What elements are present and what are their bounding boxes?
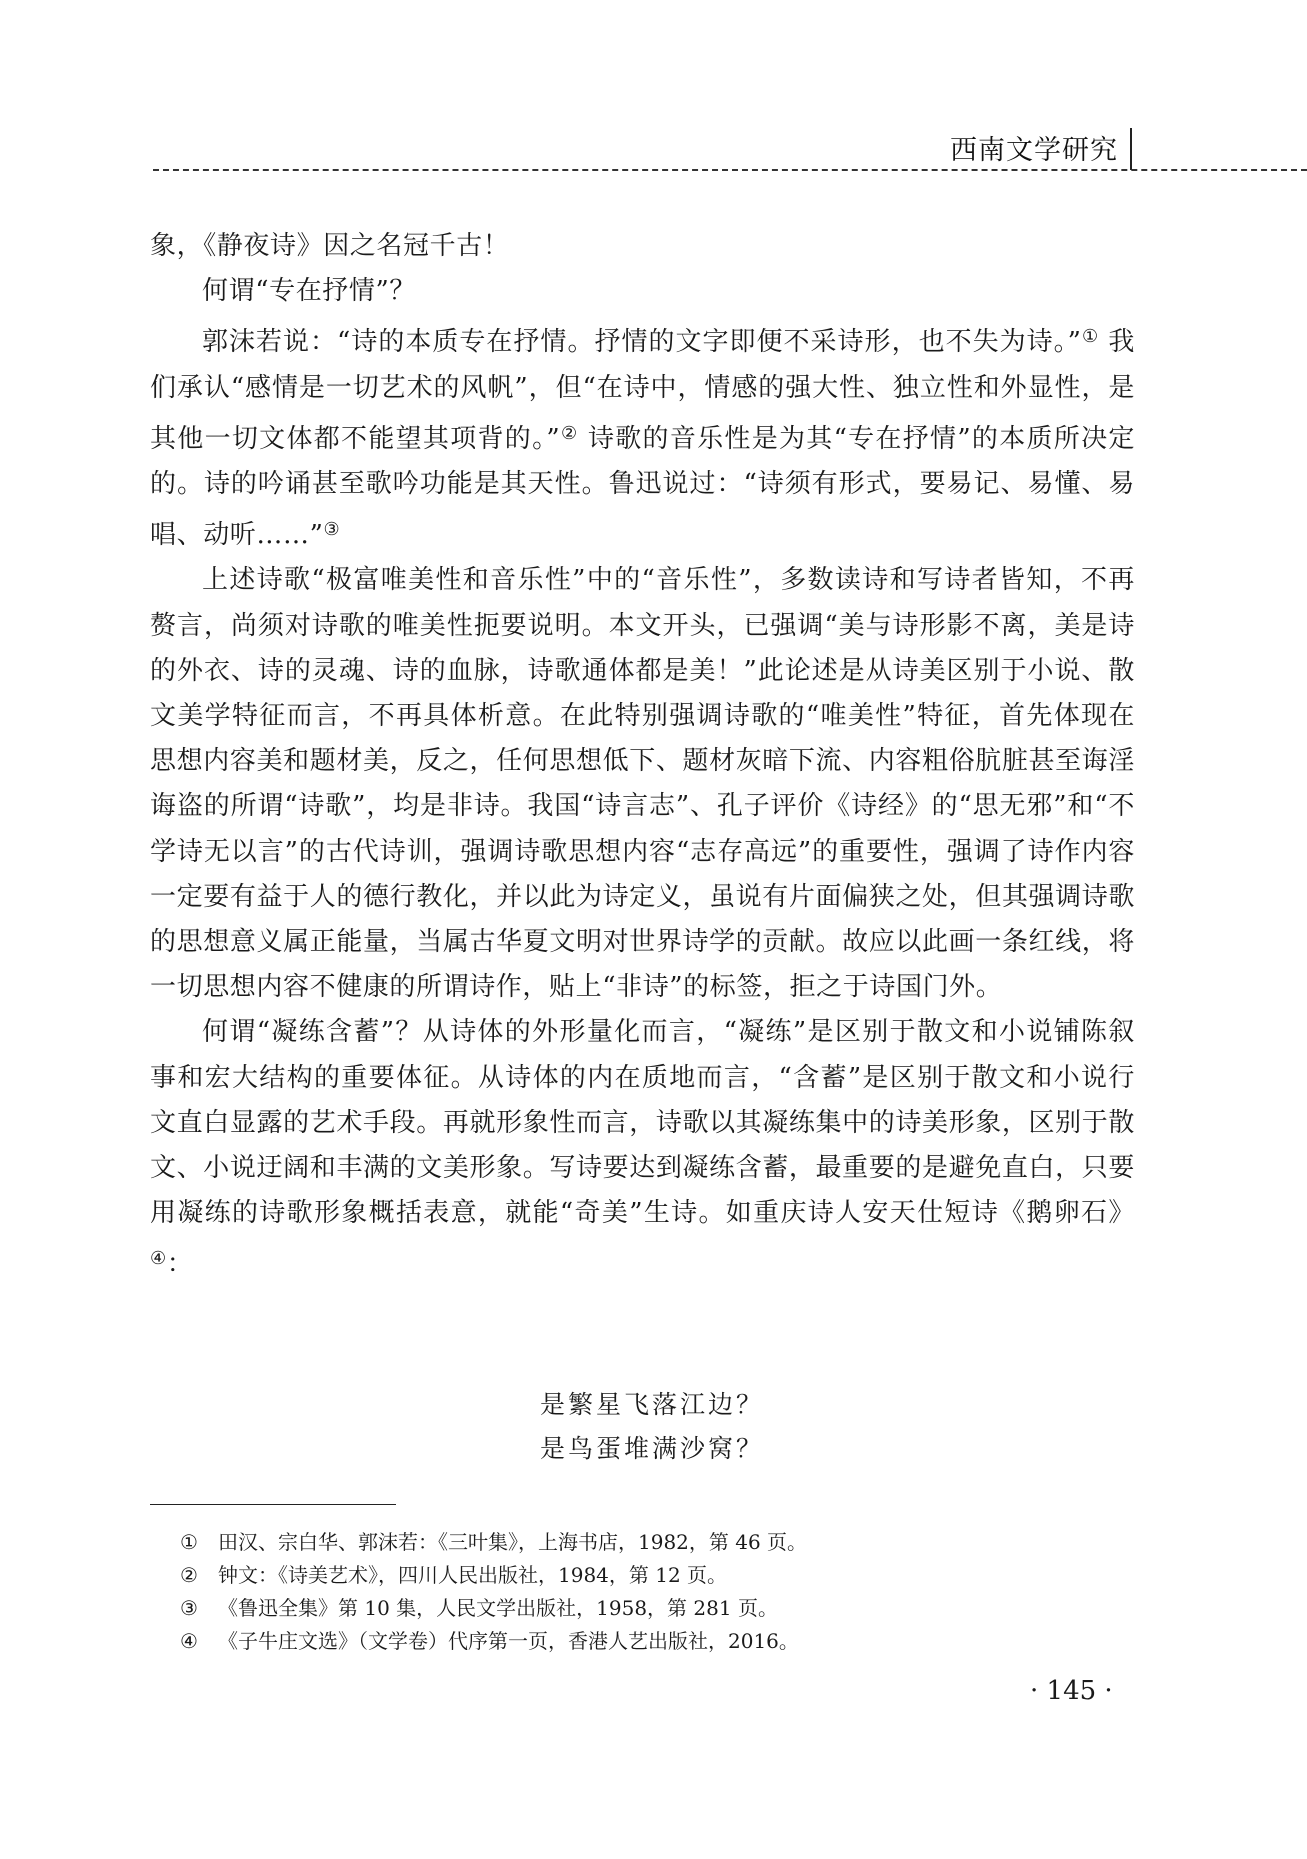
paragraph-text: 何谓“专在抒情”？ <box>202 276 416 306</box>
footnote-text: 《鲁迅全集》第 10 集，人民文学出版社，1958，第 281 页。 <box>218 1596 778 1620</box>
paragraph: 郭沫若说：“诗的本质专在抒情。抒情的文字即便不采诗形，也不失为诗。”① 我们承认… <box>150 314 1135 558</box>
header-dashed-rule <box>153 169 1307 171</box>
paragraph: 何谓“专在抒情”？ <box>150 269 1135 314</box>
paragraph-text: 何谓“凝练含蓄”？从诗体的外形量化而言，“凝练”是区别于散文和小说铺陈叙事和宏大… <box>150 1017 1135 1228</box>
poem-quote: 是繁星飞落江边？ 是鸟蛋堆满沙窝？ <box>540 1383 764 1471</box>
header-vertical-divider <box>1130 128 1132 170</box>
footnote: ③《鲁迅全集》第 10 集，人民文学出版社，1958，第 281 页。 <box>180 1592 1080 1625</box>
footnote: ②钟文：《诗美艺术》，四川人民出版社，1984，第 12 页。 <box>180 1559 1080 1592</box>
paragraph-text: 郭沫若说：“诗的本质专在抒情。抒情的文字即便不采诗形，也不失为诗。” <box>202 327 1082 357</box>
footnote: ④《子牛庄文选》（文学卷）代序第一页，香港人艺出版社，2016。 <box>180 1625 1080 1658</box>
footnote-mark: ④ <box>180 1625 218 1658</box>
footnote-reference[interactable]: ④ <box>150 1248 167 1269</box>
footnote-text: 《子牛庄文选》（文学卷）代序第一页，香港人艺出版社，2016。 <box>218 1629 799 1653</box>
footnote-mark: ① <box>180 1526 218 1559</box>
footnote-separator <box>150 1504 396 1505</box>
footnote-text: 钟文：《诗美艺术》，四川人民出版社，1984，第 12 页。 <box>218 1563 727 1587</box>
body-text: 象，《静夜诗》因之名冠千古！ 何谓“专在抒情”？ 郭沫若说：“诗的本质专在抒情。… <box>150 224 1135 1288</box>
footnote-reference[interactable]: ① <box>1082 326 1100 347</box>
paragraph-text: 象，《静夜诗》因之名冠千古！ <box>150 231 509 261</box>
page-number: · 145 · <box>1030 1676 1113 1706</box>
paragraph: 何谓“凝练含蓄”？从诗体的外形量化而言，“凝练”是区别于散文和小说铺陈叙事和宏大… <box>150 1010 1135 1287</box>
footnote-reference[interactable]: ② <box>560 423 578 444</box>
paragraph-text: 上述诗歌“极富唯美性和音乐性”中的“音乐性”，多数读诗和写诗者皆知，不再赘言，尚… <box>150 565 1135 1002</box>
footnote-text: 田汉、宗白华、郭沫若：《三叶集》，上海书店，1982，第 46 页。 <box>218 1530 807 1554</box>
footnote-mark: ③ <box>180 1592 218 1625</box>
paragraph: 上述诗歌“极富唯美性和音乐性”中的“音乐性”，多数读诗和写诗者皆知，不再赘言，尚… <box>150 558 1135 1010</box>
footnote-mark: ② <box>180 1559 218 1592</box>
footnote-reference[interactable]: ③ <box>324 519 341 540</box>
paragraph: 象，《静夜诗》因之名冠千古！ <box>150 224 1135 269</box>
running-header-journal-title: 西南文学研究 <box>950 128 1120 167</box>
footnotes: ①田汉、宗白华、郭沫若：《三叶集》，上海书店，1982，第 46 页。 ②钟文：… <box>180 1526 1080 1658</box>
footnote: ①田汉、宗白华、郭沫若：《三叶集》，上海书店，1982，第 46 页。 <box>180 1526 1080 1559</box>
poem-line: 是繁星飞落江边？ <box>540 1383 764 1427</box>
poem-line: 是鸟蛋堆满沙窝？ <box>540 1427 764 1471</box>
paragraph-text: ： <box>167 1249 194 1279</box>
